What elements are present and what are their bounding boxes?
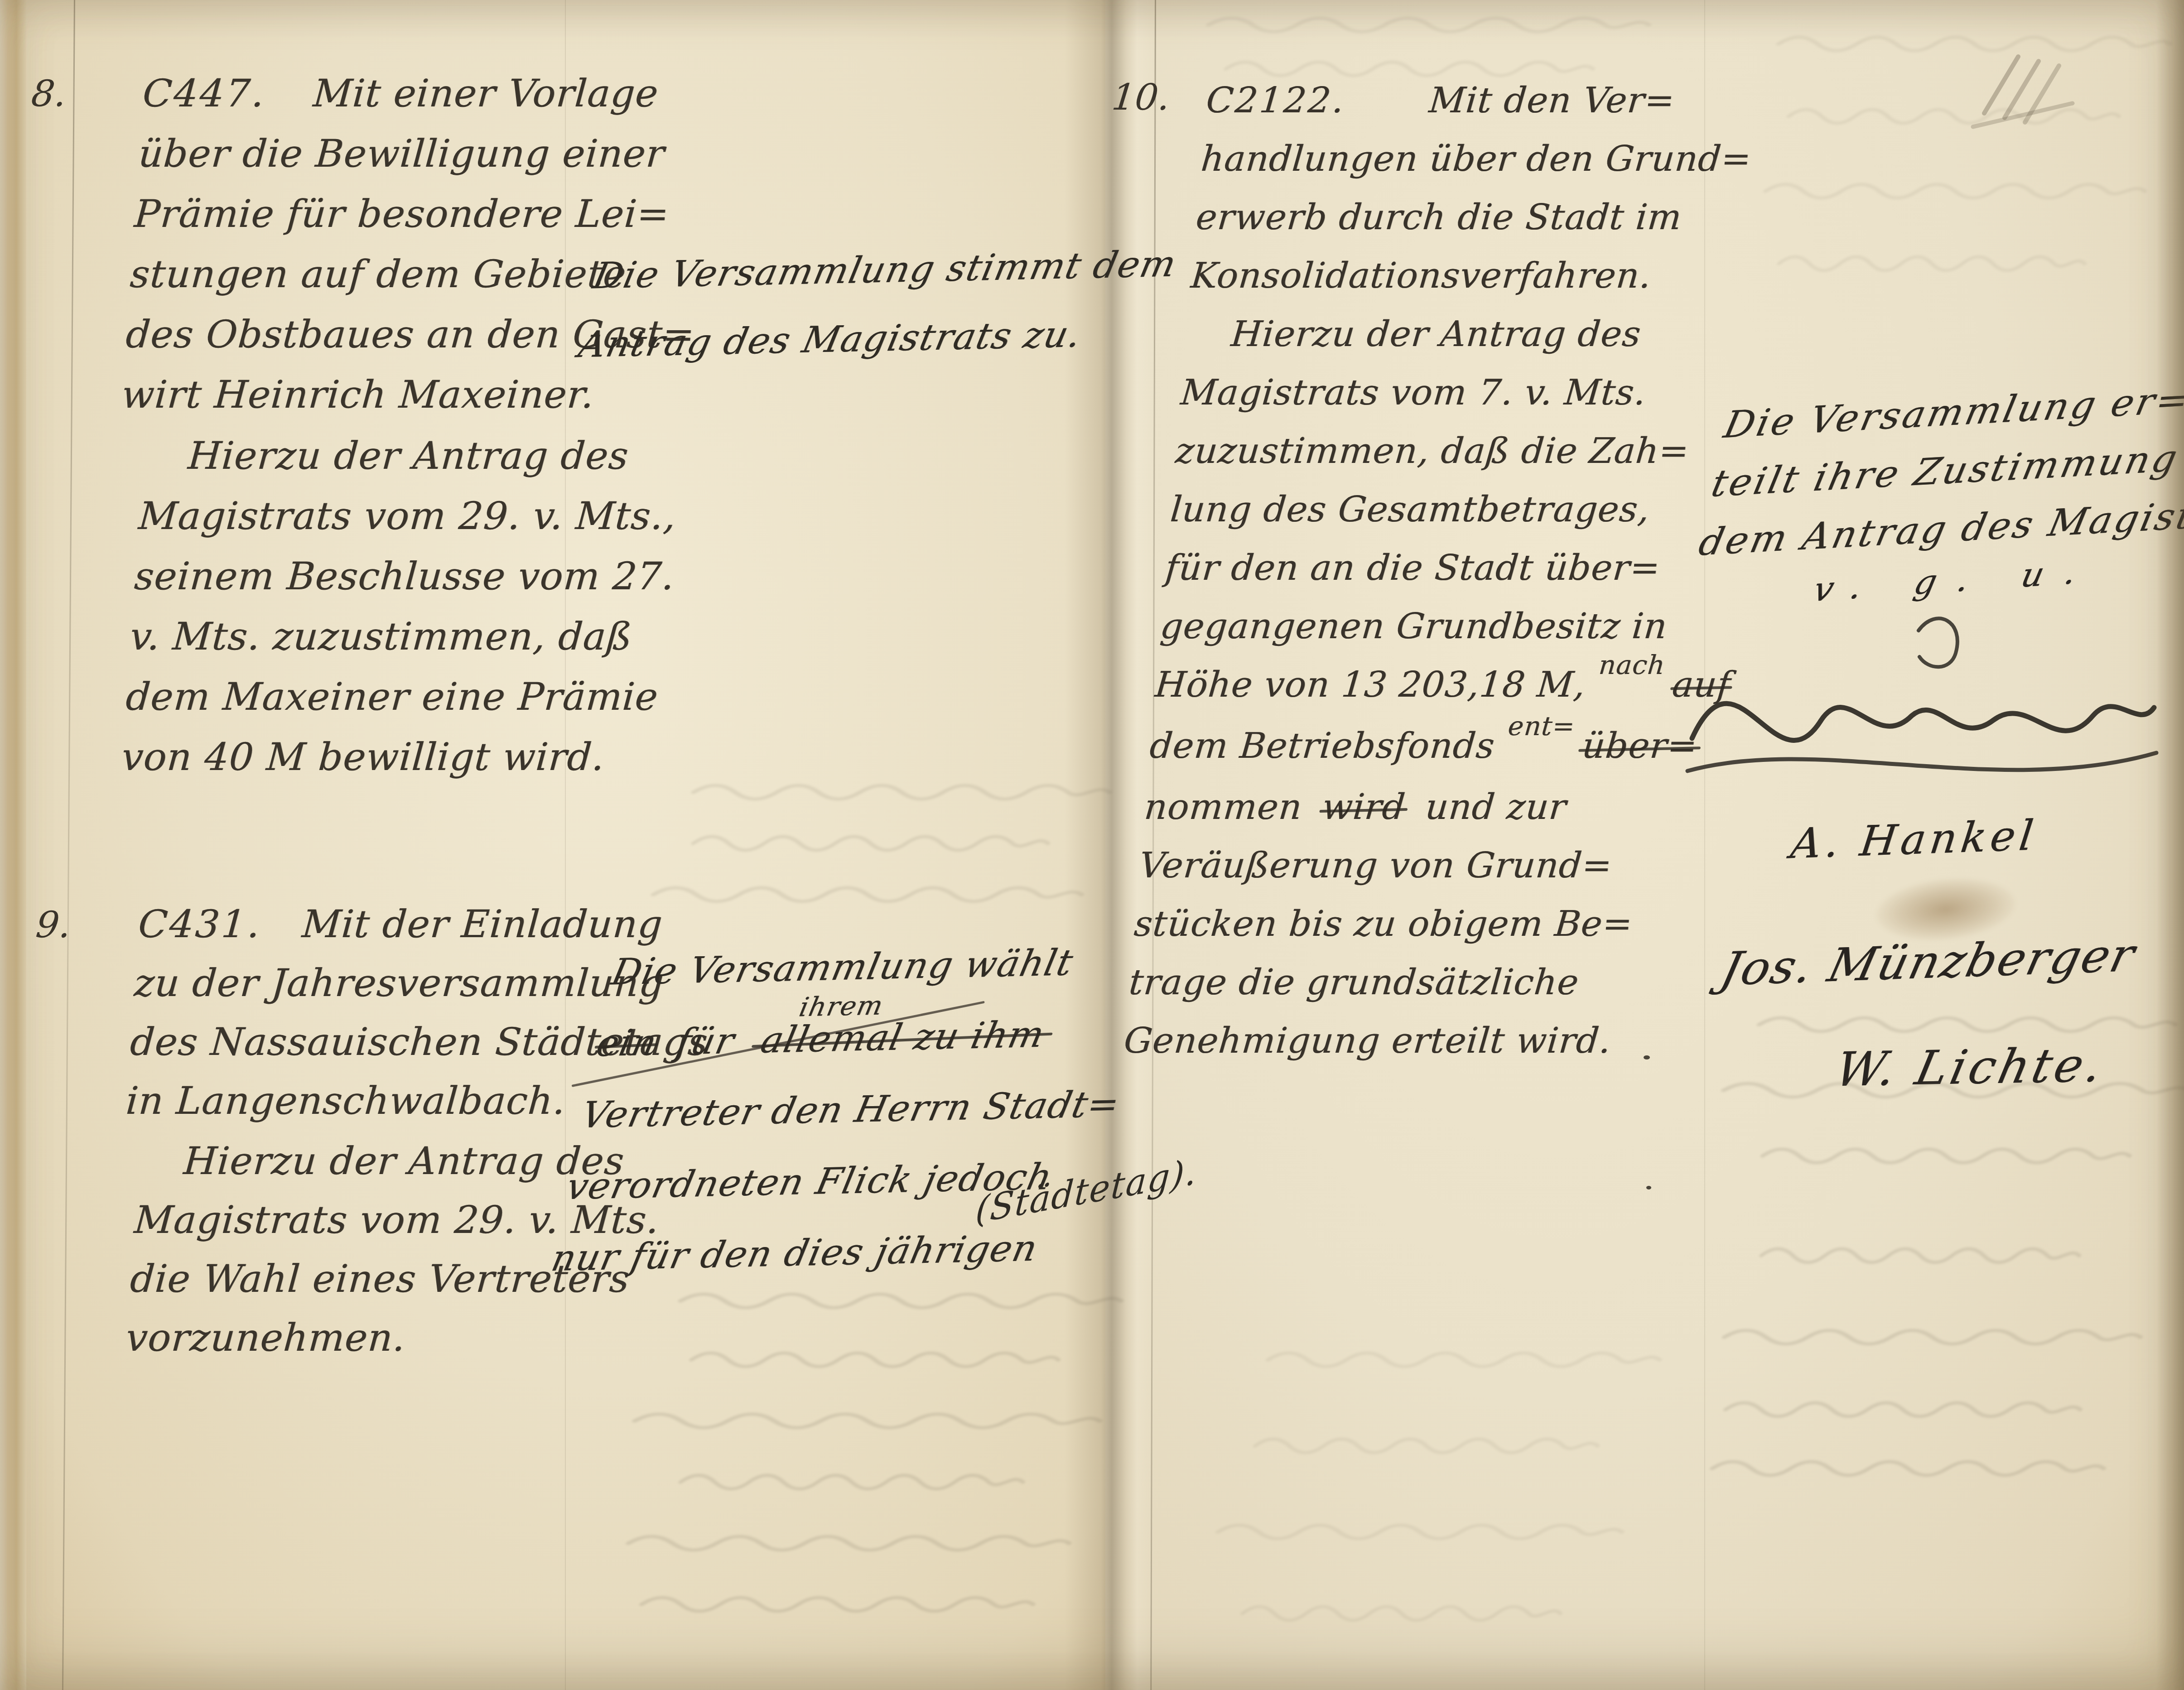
- bleedthrough-ghost: [553, 1286, 1132, 1667]
- handwritten-line: Veräußerung von Grund=: [1137, 837, 1717, 895]
- item-8-opening: Mit einer Vorlage: [312, 71, 660, 116]
- bleedthrough-ghost: [1619, 1010, 2184, 1499]
- manuscript-scan: 8. C447.Mit einer Vorlage über die Bewil…: [0, 0, 2184, 1690]
- bleedthrough-ghost: [1174, 1341, 1671, 1658]
- corrected-line: einfürallemal zu ihm ihrem: [590, 997, 1142, 1080]
- item-9-margin-number: 9.: [34, 904, 73, 946]
- handwritten-line: von 40 M bewilligt wird.: [120, 727, 664, 787]
- signature-flourish: [1683, 602, 2168, 815]
- item-10-resolution: Die Versammlung er= teilt ihre Zustimmun…: [1693, 363, 2184, 572]
- item-9-resolution: Die Versammlung wählt einfürallemal zu i…: [545, 925, 1157, 1295]
- struck-word: wird: [1321, 787, 1407, 828]
- handwritten-line: Antrag des Magistrats zu.: [572, 299, 1169, 380]
- handwritten-line: lung des Gesamtbetrages,: [1168, 481, 1748, 539]
- bleedthrough-ghost: [587, 777, 1116, 931]
- handwritten-line: vorzunehmen.: [124, 1308, 653, 1367]
- handwritten-line: Vertreter den Herrn Stadt=: [575, 1069, 1127, 1151]
- struck-word: über=: [1581, 726, 1699, 766]
- corrected-line-amount: Höhe von 13 203,18 M,nachauf: [1152, 656, 1733, 717]
- handwritten-line: dem Maxeiner eine Prämie: [124, 667, 668, 727]
- item-10-text: C2122.Mit den Ver= handlungen über den G…: [1122, 72, 1784, 1070]
- handwritten-line: handlungen über den Grund=: [1199, 130, 1779, 188]
- handwritten-line: stücken bis zu obigem Be=: [1132, 895, 1712, 953]
- handwritten-line: Genehmigung erteilt wird.: [1122, 1012, 1702, 1070]
- item-8-margin-number: 8.: [29, 72, 68, 115]
- handwritten-line: für den an die Stadt über=: [1163, 539, 1743, 597]
- handwritten-line: seinem Beschlusse vom 27.: [132, 546, 676, 607]
- handwritten-line: trage die grundsätzliche: [1127, 953, 1707, 1012]
- handwritten-line: Konsolidationsverfahren.: [1188, 247, 1769, 305]
- item-8-resolution: Die Versammlung stimmt dem Antrag des Ma…: [572, 230, 1183, 380]
- item-8-docket-number: C447.: [141, 71, 267, 116]
- ink-speck: [1646, 1186, 1651, 1189]
- handwritten-line: zuzustimmen, daß die Zah=: [1173, 422, 1753, 481]
- corrected-line-fonds: dem Betriebsfondsent=über=: [1147, 717, 1728, 778]
- handwritten-line: Magistrats vom 29. v. Mts.,: [136, 486, 680, 546]
- handwritten-line: Hierzu der Antrag des: [1229, 305, 1764, 364]
- struck-word: ein: [593, 1021, 661, 1065]
- nommen-text: nommen: [1143, 787, 1303, 828]
- item-8-motion: Hierzu der Antrag des Magistrats vom 29.…: [120, 426, 685, 787]
- handwritten-line: Hierzu der Antrag des: [186, 426, 685, 486]
- corrected-line-nommen: nommenwirdund zur: [1142, 778, 1722, 837]
- kept-word: für: [673, 1020, 738, 1063]
- handwritten-line: über die Bewilligung einer: [136, 124, 709, 184]
- handwritten-line: erwerb durch die Stadt im: [1194, 188, 1774, 247]
- bleedthrough-ghost: [1162, 11, 1655, 102]
- nommen-tail: und zur: [1424, 787, 1568, 828]
- handwritten-line: C447.Mit einer Vorlage: [141, 63, 714, 124]
- signature-hankel: A. Hankel: [1788, 811, 2040, 868]
- handwritten-line: v. Mts. zuzustimmen, daß: [128, 607, 672, 667]
- item-9-docket-number: C431.: [137, 902, 263, 946]
- bleedthrough-ghost: [1692, 27, 2184, 317]
- left-deckle-edge: [0, 0, 26, 1690]
- fonds-text: dem Betriebsfonds: [1148, 726, 1496, 766]
- handwritten-line: Magistrats vom 7. v. Mts.: [1178, 364, 1759, 422]
- handwritten-line: Prämie für besondere Lei=: [132, 184, 705, 244]
- inserted-word: nach: [1596, 636, 1668, 694]
- right-page-edge: [2156, 0, 2184, 1690]
- ink-speck: [1644, 1055, 1650, 1059]
- inserted-word: ent=: [1505, 697, 1577, 756]
- handwritten-line: Die Versammlung stimmt dem: [587, 230, 1183, 311]
